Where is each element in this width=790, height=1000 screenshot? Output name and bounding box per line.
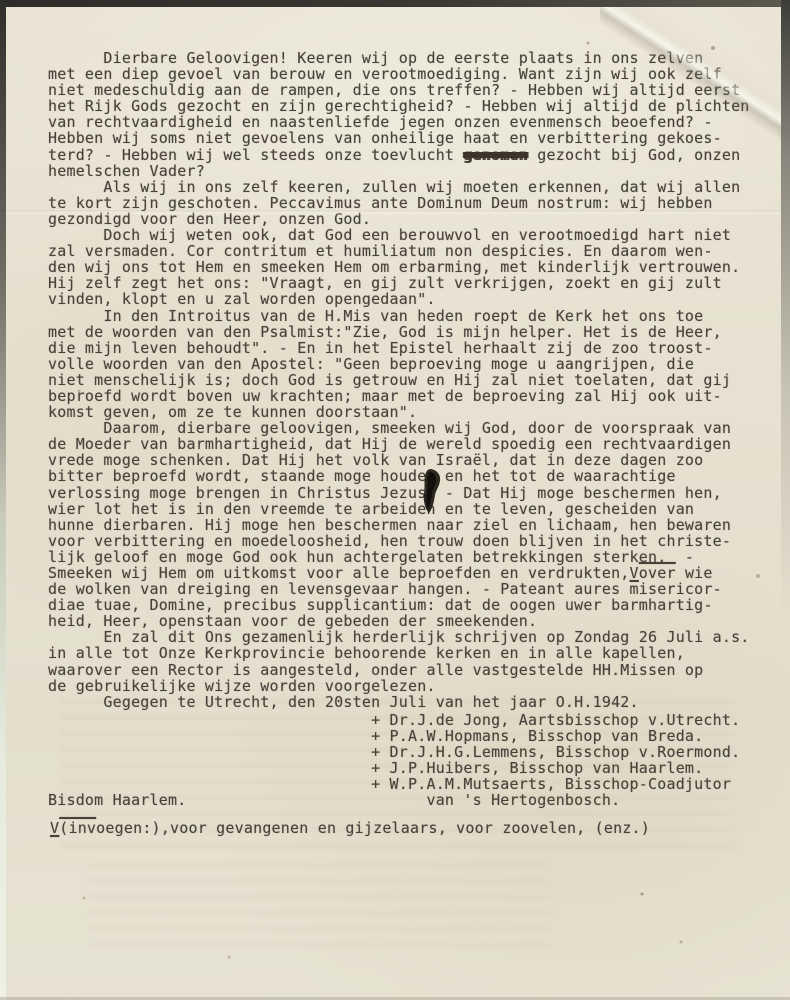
text-line: de Moeder van barmhartigheid, dat Hij de… (48, 436, 758, 452)
text-line: Smeeken wij Hem om uitkomst voor alle be… (48, 565, 758, 581)
text-segment: gezocht bij God, onzen (528, 146, 740, 164)
text-line: niet menschelijk is; doch God is getrouw… (48, 372, 758, 388)
text-line: volle woorden van den Apostel: "Geen bep… (48, 356, 758, 372)
text-line: lijk geloof en moge God ook hun achterge… (48, 549, 758, 565)
footnote-annotation: V(invoegen:),voor gevangenen en gijzelaa… (50, 820, 760, 836)
text-line: + P.A.W.Hopmans, Bisschop van Breda. (48, 728, 758, 744)
text-line: wier lot het is in den vreemde te arbeid… (48, 501, 758, 517)
text-line: V(invoegen:),voor gevangenen en gijzelaa… (50, 820, 760, 836)
text-line: zal versmaden. Cor contritum et humiliat… (48, 243, 758, 259)
text-line: verlossing moge brengen in Christus Jezu… (48, 485, 758, 501)
text-line: diae tuae, Domine, precibus supplicantiu… (48, 597, 758, 613)
text-line: vrede moge schenken. Dat Hij het volk va… (48, 452, 758, 468)
text-line: In den Introitus van de H.Mis van heden … (48, 308, 758, 324)
overlined: (inv (59, 819, 96, 837)
text-line: Doch wij weten ook, dat God een berouwvo… (48, 227, 758, 243)
signature-block: + Dr.J.de Jong, Aartsbisschop v.Utrecht.… (48, 712, 758, 809)
text-line: met de woorden van den Psalmist:"Zie, Go… (48, 324, 758, 340)
text-line: hemelschen Vader? (48, 163, 758, 179)
text-line: + Dr.J.H.G.Lemmens, Bisschop v.Roermond. (48, 744, 758, 760)
text-line: + W.P.A.M.Mutsaerts, Bisschop-Coadjutor (48, 776, 758, 792)
text-line: te kort zijn geschoten. Peccavimus ante … (48, 195, 758, 211)
text-line: + J.P.Huibers, Bisschop van Haarlem. (48, 760, 758, 776)
scan-edge-left (0, 0, 6, 1000)
text-line: Daarom, dierbare geloovigen, smeeken wij… (48, 420, 758, 436)
text-segment: oegen:),voor gevangenen en gijzelaars, v… (96, 819, 650, 837)
fold-crease (0, 210, 790, 215)
text-line: de gebruikelijke wijze worden voorgeleze… (48, 678, 758, 694)
text-line: Als wij in ons zelf keeren, zullen wij m… (48, 179, 758, 195)
text-line: Bisdom Haarlem. van 's Hertogenbosch. (48, 792, 758, 808)
text-line: Hij zelf zegt het ons: "Vraagt, en gij z… (48, 275, 758, 291)
text-line: Gegegen te Utrecht, den 20sten Juli van … (48, 694, 758, 710)
scanned-letter-page: Dierbare Geloovigen! Keeren wij op de ee… (0, 0, 790, 1000)
text-line: heid, Heer, openstaan voor de gebeden de… (48, 613, 758, 629)
text-line: in alle tot Onze Kerkprovincie behoorend… (48, 645, 758, 661)
text-line: vinden, klopt en u zal worden opengedaan… (48, 291, 758, 307)
text-line: waarover een Rector is aangesteld, onder… (48, 662, 758, 678)
scan-edge-right (781, 0, 790, 1000)
text-line: komst geven, om ze te kunnen doorstaan". (48, 404, 758, 420)
scan-edge-top (0, 0, 790, 7)
text-line: terd? - Hebben wij wel steeds onze toevl… (48, 147, 758, 163)
letter-body: Dierbare Geloovigen! Keeren wij op de ee… (48, 50, 758, 710)
overstruck-word: genomen (463, 146, 528, 164)
ink-blot (414, 468, 448, 518)
text-line: hunne dierbaren. Hij moge hen beschermen… (48, 517, 758, 533)
insert-caret: V (50, 819, 59, 837)
text-line: de wolken van dreiging en levensgevaar h… (48, 581, 758, 597)
text-line: voor verbittering en moedeloosheid, hen … (48, 533, 758, 549)
corner-crease (600, 0, 790, 140)
text-line: + Dr.J.de Jong, Aartsbisschop v.Utrecht. (48, 712, 758, 728)
text-line: die mijn leven behoudt". - En in het Epi… (48, 340, 758, 356)
text-line: den wij ons tot Hem en smeeken Hem om er… (48, 259, 758, 275)
text-line: beproefd wordt boven uw krachten; maar m… (48, 388, 758, 404)
text-line: bitter beproefd wordt, staande moge houd… (48, 468, 758, 484)
text-segment: terd? - Hebben wij wel steeds onze toevl… (48, 146, 463, 164)
text-line: En zal dit Ons gezamenlijk herderlijk sc… (48, 629, 758, 645)
paper-bleedthrough (90, 862, 550, 952)
